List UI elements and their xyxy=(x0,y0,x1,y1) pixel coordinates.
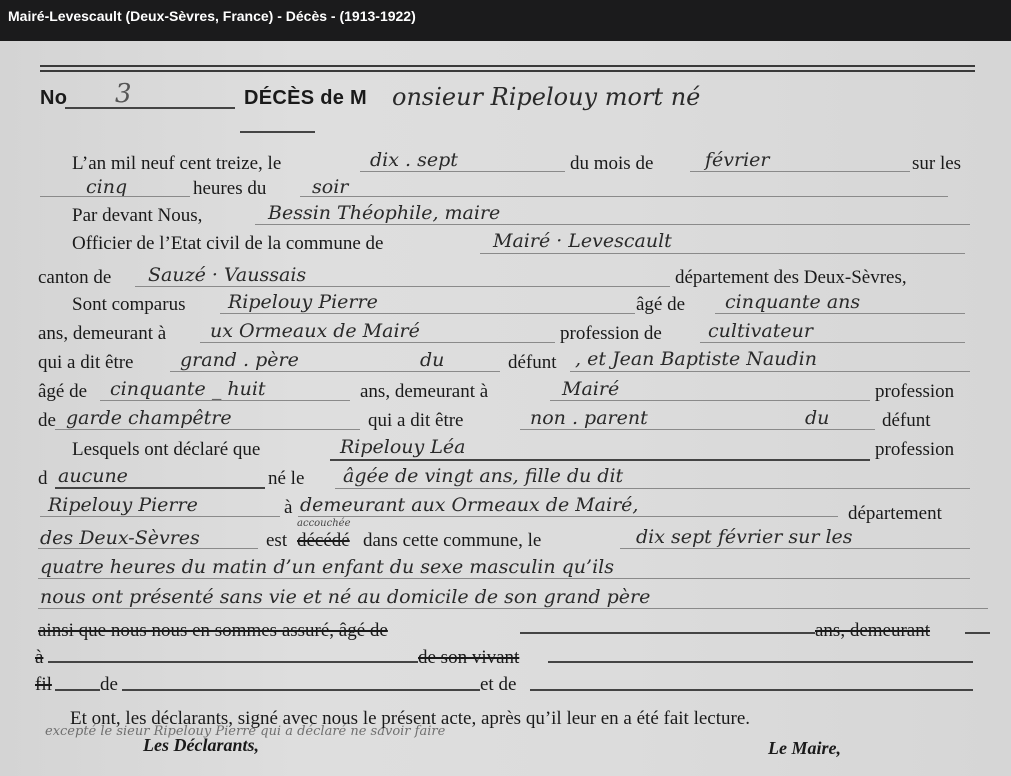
residence-field: demeurant aux Ormeaux de Mairé, xyxy=(300,496,638,515)
event-date-field: dix sept février sur les xyxy=(636,528,853,547)
print-text: département xyxy=(848,504,942,523)
print-text: âgé de xyxy=(636,295,685,314)
canton-field: Sauzé · Vaussais xyxy=(148,266,306,285)
top-rule xyxy=(40,70,975,72)
print-text: qui a dit être xyxy=(38,353,134,372)
fill-line xyxy=(38,578,970,579)
fill-line xyxy=(40,196,190,197)
month-field: février xyxy=(705,151,770,170)
fill-line xyxy=(548,661,973,663)
fill-line xyxy=(100,400,350,401)
struck-text: à xyxy=(35,648,43,667)
declarant2-name-field: , et Jean Baptiste Naudin xyxy=(575,350,817,369)
declarant1-age-field: cinquante ans xyxy=(725,293,860,312)
print-text: né le xyxy=(268,469,304,488)
fill-line xyxy=(298,516,838,517)
fill-line xyxy=(520,632,815,634)
print-text: canton de xyxy=(38,268,111,287)
declarants-signature-label: Les Déclarants, xyxy=(143,736,259,754)
fill-line xyxy=(550,400,870,401)
declarant2-relation-field: non . parent xyxy=(530,409,648,428)
fill-line xyxy=(55,689,100,691)
fill-line xyxy=(300,196,948,197)
fill-line xyxy=(255,224,970,225)
father-name-field: Ripelouy Pierre xyxy=(48,496,198,515)
print-text: de xyxy=(38,411,56,430)
fill-line xyxy=(965,632,990,634)
day-field: dix . sept xyxy=(370,151,458,170)
relation-du: du xyxy=(805,409,829,428)
window-title: Mairé-Levescault (Deux-Sèvres, France) -… xyxy=(8,8,416,24)
record-number: 3 xyxy=(115,81,132,107)
fill-line xyxy=(200,342,555,343)
relation-du: du xyxy=(420,351,444,370)
fill-line xyxy=(530,689,973,691)
top-rule xyxy=(40,65,975,67)
print-text: défunt xyxy=(882,411,931,430)
fill-line xyxy=(55,487,265,489)
fill-line xyxy=(715,313,965,314)
fill-line xyxy=(40,516,280,517)
print-text: qui a dit être xyxy=(368,411,464,430)
short-rule xyxy=(240,131,315,133)
fill-line xyxy=(38,548,258,549)
fill-line xyxy=(65,107,235,109)
print-text: Officier de l’Etat civil de la commune d… xyxy=(72,234,383,253)
officer-field: Bessin Théophile, maire xyxy=(268,204,500,223)
fill-line xyxy=(335,488,970,489)
print-text: ans, demeurant à xyxy=(360,382,488,401)
print-text: ans, demeurant à xyxy=(38,324,166,343)
hour-field: cinq xyxy=(86,178,127,197)
window-title-bar: Mairé-Levescault (Deux-Sèvres, France) -… xyxy=(0,0,1011,41)
print-text: L’an mil neuf cent treize, le xyxy=(72,154,281,173)
fill-line xyxy=(38,608,988,609)
fill-line xyxy=(135,286,670,287)
department-field: des Deux-Sèvres xyxy=(40,529,200,548)
declarant2-profession-field: garde champêtre xyxy=(66,409,232,428)
struck-text: ainsi que nous nous en sommes assuré, âg… xyxy=(38,621,388,640)
narrative-line: quatre heures du matin d’un enfant du se… xyxy=(40,558,614,577)
print-text: dans cette commune, le xyxy=(363,531,541,550)
declarant2-age-field: cinquante _ huit xyxy=(110,380,266,399)
fill-line xyxy=(690,171,910,172)
mother-profession-field: aucune xyxy=(58,467,128,486)
fill-line xyxy=(700,342,965,343)
declarant1-name-field: Ripelouy Pierre xyxy=(228,293,378,312)
print-text: département des Deux-Sèvres, xyxy=(675,268,907,287)
record-number-label: No xyxy=(40,88,67,108)
print-text: et de xyxy=(480,675,516,694)
print-text: Sont comparus xyxy=(72,295,185,314)
civil-record-page: No 3 DÉCÈS de M onsieur Ripelouy mort né… xyxy=(0,41,1011,776)
declarant1-relation-field: grand . père xyxy=(180,351,299,370)
fill-line xyxy=(520,429,875,430)
mother-details-field: âgée de vingt ans, fille du dit xyxy=(343,467,623,486)
fill-line xyxy=(360,171,565,172)
struck-text: décédé xyxy=(297,531,350,550)
print-text: Par devant Nous, xyxy=(72,206,202,225)
print-text: âgé de xyxy=(38,382,87,401)
print-text: heures du xyxy=(193,179,266,198)
fill-line xyxy=(170,371,500,372)
mayor-signature-label: Le Maire, xyxy=(768,739,841,757)
print-text: d xyxy=(38,469,48,488)
fill-line xyxy=(55,429,360,430)
deceased-name-header: onsieur Ripelouy mort né xyxy=(392,85,700,109)
fill-line xyxy=(220,313,635,314)
print-text: sur les xyxy=(912,154,961,173)
fill-line xyxy=(122,689,480,691)
fill-line xyxy=(570,371,970,372)
declarant1-profession-field: cultivateur xyxy=(708,322,813,341)
declarant2-residence-field: Mairé xyxy=(562,380,619,399)
fill-line xyxy=(480,253,965,254)
print-text: Lesquels ont déclaré que xyxy=(72,440,260,459)
print-text: à xyxy=(284,498,292,517)
narrative-line: nous ont présenté sans vie et né au domi… xyxy=(40,588,650,607)
time-of-day-field: soir xyxy=(312,178,348,197)
fill-line xyxy=(620,548,970,549)
struck-text: fil xyxy=(35,675,52,694)
struck-text: ans, demeurant xyxy=(815,621,930,640)
print-text: profession de xyxy=(560,324,662,343)
print-text: est xyxy=(266,531,287,550)
fill-line xyxy=(48,661,418,663)
mother-name-field: Ripelouy Léa xyxy=(340,438,466,457)
struck-text: de son vivant xyxy=(418,648,519,667)
commune-field: Mairé · Levescault xyxy=(493,232,672,251)
print-text: de xyxy=(100,675,118,694)
print-text: défunt xyxy=(508,353,557,372)
print-text: du mois de xyxy=(570,154,653,173)
print-text: profession xyxy=(875,382,954,401)
record-title: DÉCÈS de M xyxy=(244,88,367,108)
declarant1-residence-field: ux Ormeaux de Mairé xyxy=(210,322,420,341)
fill-line xyxy=(330,459,870,461)
inserted-correction: accouchée xyxy=(297,519,351,529)
print-text: profession xyxy=(875,440,954,459)
